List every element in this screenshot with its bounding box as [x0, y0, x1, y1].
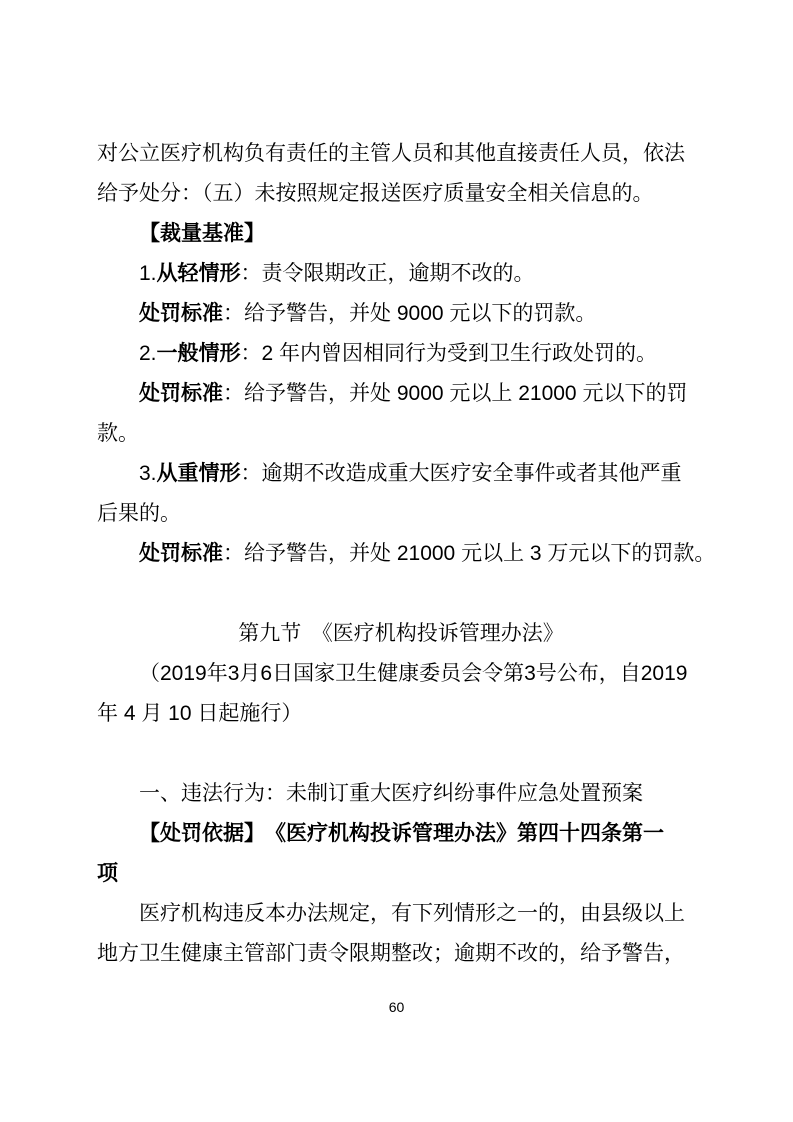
text-segment: 给予处分：（五）未按照规定报送医疗质量安全相关信息的。 — [97, 182, 654, 205]
item-2-penalty-standard-line-1: 处罚标准：给予警告，并处 9000 元以上 21000 元以下的罚 — [97, 374, 705, 414]
text-segment: 从重情形 — [157, 462, 241, 485]
item-3-severe-case-line-1: 3.从重情形：逾期不改造成重大医疗安全事件或者其他严重 — [97, 454, 705, 494]
text-segment: 处罚标准 — [139, 382, 223, 405]
section-9-heading: 第九节 《医疗机构投诉管理办法》 — [97, 614, 705, 654]
text-segment: 一般情形 — [157, 342, 241, 365]
text-segment: ：2 年内曾因相同行为受到卫生行政处罚的。 — [241, 342, 658, 365]
item-3-severe-case-line-2: 后果的。 — [97, 494, 705, 534]
section-9-promulgation-line-2: 年 4 月 10 日起施行） — [97, 694, 705, 734]
violation-1-title: 一、违法行为：未制订重大医疗纠纷事件应急处置预案 — [97, 774, 705, 814]
text-segment: ：责令限期改正，逾期不改的。 — [241, 262, 535, 285]
text-segment: 1. — [139, 262, 157, 285]
regulation-text-line-1: 医疗机构违反本办法规定，有下列情形之一的，由县级以上 — [97, 894, 705, 934]
document-body: 对公立医疗机构负有责任的主管人员和其他直接责任人员，依法给予处分：（五）未按照规… — [97, 134, 705, 974]
text-segment: 【裁量基准】 — [139, 222, 265, 245]
text-segment: 从轻情形 — [157, 262, 241, 285]
text-segment: 【处罚依据】 《医疗机构投诉管理办法》第四十四条第一 — [139, 822, 664, 845]
para-continued-line-2: 给予处分：（五）未按照规定报送医疗质量安全相关信息的。 — [97, 174, 705, 214]
text-segment: 年 4 月 10 日起施行） — [97, 702, 302, 725]
regulation-text-line-2: 地方卫生健康主管部门责令限期整改；逾期不改的，给予警告， — [97, 934, 705, 974]
heading-discretion-basis: 【裁量基准】 — [97, 214, 705, 254]
penalty-basis-line-2: 项 — [97, 854, 705, 894]
text-segment: 2. — [139, 342, 157, 365]
text-segment: ：逾期不改造成重大医疗安全事件或者其他严重 — [241, 462, 682, 485]
text-segment: ：给予警告，并处 9000 元以下的罚款。 — [223, 302, 596, 325]
text-segment: 医疗机构违反本办法规定，有下列情形之一的，由县级以上 — [139, 902, 685, 925]
text-segment: （2019年3月6日国家卫生健康委员会令第3号公布，自2019 — [139, 662, 687, 685]
page-number: 60 — [0, 997, 793, 1017]
text-segment: 项 — [97, 862, 118, 885]
blank-line — [97, 574, 705, 614]
text-segment: 后果的。 — [97, 502, 181, 525]
text-segment: 处罚标准 — [139, 542, 223, 565]
item-2-penalty-standard-line-2: 款。 — [97, 414, 705, 454]
item-3-penalty-standard: 处罚标准：给予警告，并处 21000 元以上 3 万元以下的罚款。 — [97, 534, 705, 574]
text-segment: ：给予警告，并处 9000 元以上 21000 元以下的罚 — [223, 382, 687, 405]
text-segment: 款。 — [97, 422, 139, 445]
text-segment: 处罚标准 — [139, 302, 223, 325]
section-9-promulgation-line-1: （2019年3月6日国家卫生健康委员会令第3号公布，自2019 — [97, 654, 705, 694]
item-2-general-case: 2.一般情形：2 年内曾因相同行为受到卫生行政处罚的。 — [97, 334, 705, 374]
text-segment: 对公立医疗机构负有责任的主管人员和其他直接责任人员，依法 — [97, 142, 685, 165]
blank-line — [97, 734, 705, 774]
penalty-basis-line-1: 【处罚依据】 《医疗机构投诉管理办法》第四十四条第一 — [97, 814, 705, 854]
text-segment: 第九节 《医疗机构投诉管理办法》 — [238, 622, 564, 645]
text-segment: 一、违法行为：未制订重大医疗纠纷事件应急处置预案 — [139, 782, 643, 805]
text-segment: 3. — [139, 462, 157, 485]
para-continued-line-1: 对公立医疗机构负有责任的主管人员和其他直接责任人员，依法 — [97, 134, 705, 174]
item-1-penalty-standard: 处罚标准：给予警告，并处 9000 元以下的罚款。 — [97, 294, 705, 334]
text-segment: ：给予警告，并处 21000 元以上 3 万元以下的罚款。 — [223, 542, 715, 565]
document-page: 对公立医疗机构负有责任的主管人员和其他直接责任人员，依法给予处分：（五）未按照规… — [0, 0, 793, 1122]
text-segment: 地方卫生健康主管部门责令限期整改；逾期不改的，给予警告， — [97, 942, 685, 965]
item-1-lenient-case: 1.从轻情形：责令限期改正，逾期不改的。 — [97, 254, 705, 294]
